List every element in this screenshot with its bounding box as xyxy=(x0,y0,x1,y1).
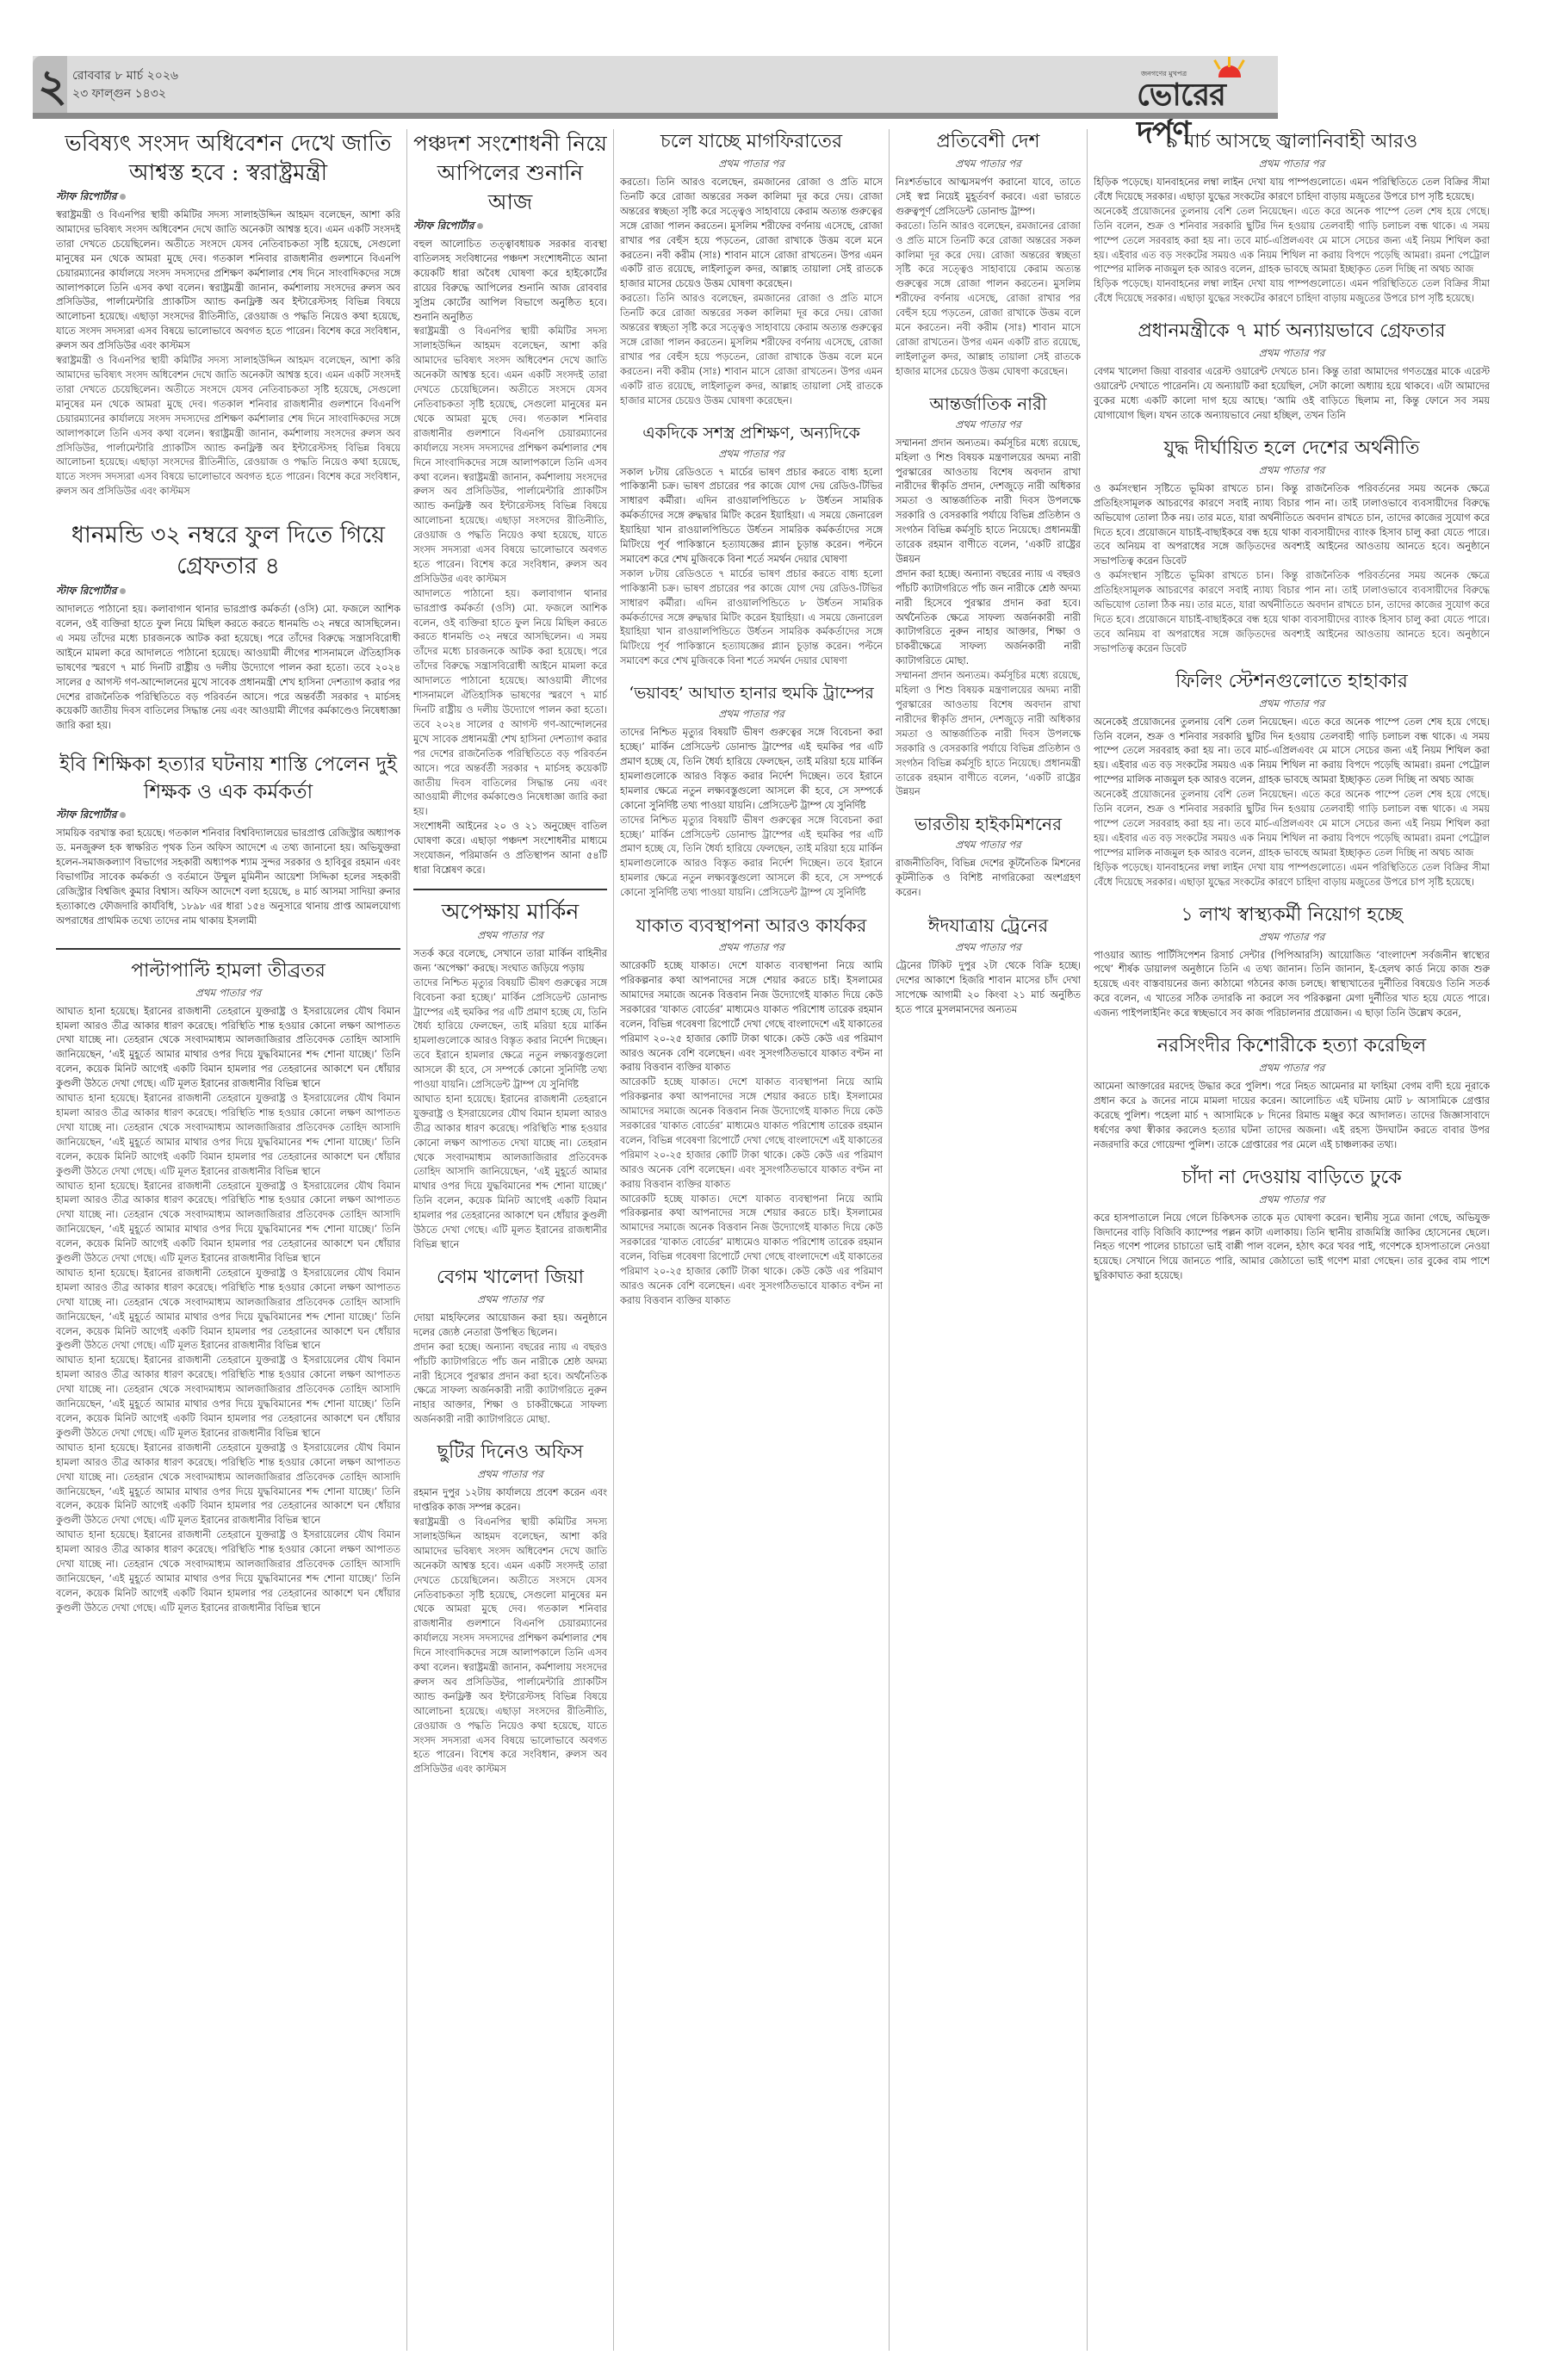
byline: স্টাফ রিপোর্টার xyxy=(56,584,400,601)
article-home-minister: ভবিষ্যৎ সংসদ অধিবেশন দেখে জাতি আশ্বস্ত হ… xyxy=(56,129,400,499)
continued-label: প্রথম পাতার পর xyxy=(620,707,883,724)
continued-label: প্রথম পাতার পর xyxy=(413,1467,607,1484)
byline-text: স্টাফ রিপোর্টার xyxy=(56,190,116,202)
headline: প্রতিবেশী দেশ xyxy=(896,129,1081,155)
headline: যুদ্ধ দীর্ঘায়িত হলে দেশের অর্থনীতি xyxy=(1094,436,1490,462)
article-health-workers: ১ লাখ স্বাস্থ্যকর্মী নিয়োগ হচ্ছে প্রথম … xyxy=(1094,902,1490,1022)
article-body: দোয়া মাহফিলের আয়োজন করা হয়। অনুষ্ঠানে… xyxy=(413,1311,607,1341)
article-body-continued: সম্মাননা প্রদান অন্যতম। কর্মসূচির মধ্যে … xyxy=(896,669,1081,800)
column-divider xyxy=(1087,129,1088,2351)
date-bangla: ২৩ ফাল্গুন ১৪৩২ xyxy=(72,85,178,103)
section-divider xyxy=(56,929,400,950)
byline-text: স্টাফ রিপোর্টার xyxy=(56,809,116,821)
continued-label: প্রথম পাতার পর xyxy=(620,940,883,958)
article-body: পাওয়ার অ্যান্ড পার্টিসিপেশন রিসার্চ সেন… xyxy=(1094,949,1490,1022)
headline: ৯ মার্চ আসছে জ্বালানিবাহী আরও xyxy=(1094,129,1490,155)
article-body: আঘাত হানা হয়েছে। ইরানের রাজধানী তেহরানে… xyxy=(56,1005,400,1092)
article-body-continued: আঘাত হানা হয়েছে। ইরানের রাজধানী তেহরানে… xyxy=(56,1441,400,1528)
article-body: রহমান দুপুর ১২টায় কার্যালয়ে প্রবেশ করে… xyxy=(413,1486,607,1515)
sun-ray-icon xyxy=(1213,59,1221,70)
column-4: প্রতিবেশী দেশ প্রথম পাতার পর নিঃশর্তভাবে… xyxy=(896,129,1081,2351)
article-body: করতো। তিনি আরও বলেছেন, রমজানের রোজা ও প্… xyxy=(620,176,883,292)
continued-label: প্রথম পাতার পর xyxy=(1094,930,1490,947)
article-body: স্বরাষ্ট্রমন্ত্রী ও বিএনপির স্থায়ী কমিট… xyxy=(56,208,400,354)
article-body-continued: আঘাত হানা হয়েছে। ইরানের রাজধানী তেহরানে… xyxy=(56,1092,400,1179)
masthead-rule xyxy=(33,113,1278,119)
continued-label: প্রথম পাতার পর xyxy=(896,838,1081,855)
article-indian-high-commission: ভারতীয় হাইকমিশনের প্রথম পাতার পর রাজনীত… xyxy=(896,812,1081,901)
article-body: সম্মাননা প্রদান অন্যতম। কর্মসূচির মধ্যে … xyxy=(896,437,1081,567)
byline-text: স্টাফ রিপোর্টার xyxy=(56,585,116,597)
continued-label: প্রথম পাতার পর xyxy=(896,157,1081,174)
article-international-women: আন্তর্জাতিক নারী প্রথম পাতার পর সম্মাননা… xyxy=(896,392,1081,801)
column-3: চলে যাচ্ছে মাগফিরাতের প্রথম পাতার পর করত… xyxy=(620,129,883,2351)
issue-dates: রোববার ৮ মার্চ ২০২৬ ২৩ ফাল্গুন ১৪৩২ xyxy=(72,67,178,103)
article-body: ও কর্মসংস্থান সৃষ্টিতে ভূমিকা রাখতে চান।… xyxy=(1094,482,1490,569)
headline: অপেক্ষায় মার্কিন xyxy=(413,897,607,927)
column-divider xyxy=(613,129,614,2351)
column-1: ভবিষ্যৎ সংসদ অধিবেশন দেখে জাতি আশ্বস্ত হ… xyxy=(56,129,400,2351)
continued-label: প্রথম পাতার পর xyxy=(413,1292,607,1310)
article-extortion: চাঁদা না দেওয়ায় বাড়িতে ঢুকে প্রথম পাত… xyxy=(1094,1165,1490,1285)
headline: চলে যাচ্ছে মাগফিরাতের xyxy=(620,129,883,155)
continued-label: প্রথম পাতার পর xyxy=(620,157,883,174)
article-body-continued: স্বরাষ্ট্রমন্ত্রী ও বিএনপির স্থায়ী কমিট… xyxy=(56,354,400,499)
article-body-continued: আরেকটি হচ্ছে যাকাত। দেশে যাকাত ব্যবস্থাপ… xyxy=(620,1193,883,1309)
article-iu-murder: ইবি শিক্ষিকা হত্যার ঘটনায় শাস্তি পেলেন … xyxy=(56,751,400,928)
article-body: করে হাসপাতালে নিয়ে গেলে চিকিৎসক তাকে মৃ… xyxy=(1094,1212,1490,1285)
article-body-continued: আঘাত হানা হয়েছে। ইরানের রাজধানী তেহরানে… xyxy=(56,1354,400,1441)
continued-label: প্রথম পাতার পর xyxy=(1094,1061,1490,1078)
article-body: সাময়িক বরখাস্ত করা হয়েছে। গতকাল শনিবার… xyxy=(56,827,400,928)
article-body: সকাল ৮টায় রেডিওতে ৭ মার্চের ভাষণ প্রচার… xyxy=(620,466,883,567)
article-dhanmondi: ধানমন্ডি ৩২ নম্বরে ফুল দিতে গিয়ে গ্রেফত… xyxy=(56,520,400,734)
article-body: নিঃশর্তভাবে আত্মসমর্পণ করানো যাবে, তাতে … xyxy=(896,176,1081,220)
article-armed-training: একদিকে সশস্ত্র প্রশিক্ষণ, অন্যদিকে প্রথম… xyxy=(620,421,883,670)
article-fifteenth-amendment: পঞ্চদশ সংশোধনী নিয়ে আপিলের শুনানি আজ স্… xyxy=(413,129,607,878)
article-body: ট্রেনের টিকিট দুপুর ২টা থেকে বিক্রি হচ্ছ… xyxy=(896,959,1081,1018)
article-body: আরেকটি হচ্ছে যাকাত। দেশে যাকাত ব্যবস্থাপ… xyxy=(620,959,883,1075)
date-gregorian: রোববার ৮ মার্চ ২০২৬ xyxy=(72,67,178,85)
article-eid-train: ঈদযাত্রায় ট্রেনের প্রথম পাতার পর ট্রেনে… xyxy=(896,913,1081,1018)
article-narsingdi: নরসিংদীর কিশোরীকে হত্যা করেছিল প্রথম পাত… xyxy=(1094,1033,1490,1153)
article-body-continued: স্বরাষ্ট্রমন্ত্রী ও বিএনপির স্থায়ী কমিট… xyxy=(413,325,607,586)
article-ending: সংশোধনী আইনের ২০ ও ২১ অনুচ্ছেদ বাতিল ঘোষ… xyxy=(413,820,607,878)
article-body-continued: সকাল ৮টায় রেডিওতে ৭ মার্চের ভাষণ প্রচার… xyxy=(620,567,883,669)
bullet-icon xyxy=(120,194,126,200)
article-counter-attack: পাল্টাপাল্টি হামলা তীব্রতর প্রথম পাতার প… xyxy=(56,958,400,1616)
article-trump-threat: ‘ভয়াবহ’ আঘাত হানার হুমকি ট্রাম্পের প্রথ… xyxy=(620,681,883,901)
continued-label: প্রথম পাতার পর xyxy=(1094,1193,1490,1210)
headline: আন্তর্জাতিক নারী xyxy=(896,392,1081,416)
headline: একদিকে সশস্ত্র প্রশিক্ষণ, অন্যদিকে xyxy=(620,421,883,445)
continued-label: প্রথম পাতার পর xyxy=(1094,157,1490,174)
article-khaleda-zia: বেগম খালেদা জিয়া প্রথম পাতার পর দোয়া ম… xyxy=(413,1265,607,1428)
sun-ray-icon xyxy=(1237,59,1245,70)
article-pm-arrest: প্রধানমন্ত্রীকে ৭ মার্চ অন্যায়ভাবে গ্রে… xyxy=(1094,319,1490,424)
article-body: বেগম খালেদা জিয়া বারবার এরেস্ট ওয়ারেন্… xyxy=(1094,365,1490,424)
article-body: রাজনীতিবিদ, বিভিন্ন দেশের কূটনৈতিক মিশনে… xyxy=(896,857,1081,901)
article-body-continued: আদালতে পাঠানো হয়। কলাবাগান থানার ভারপ্র… xyxy=(413,587,607,821)
article-body-continued: অনেকেই প্রয়োজনের তুলনায় বেশি তেল নিয়ে… xyxy=(1094,788,1490,861)
article-body-continued: করতো। তিনি আরও বলেছেন, রমজানের রোজা ও প্… xyxy=(896,220,1081,380)
headline: ধানমন্ডি ৩২ নম্বরে ফুল দিতে গিয়ে গ্রেফত… xyxy=(56,520,400,582)
headline: ‘ভয়াবহ’ আঘাত হানার হুমকি ট্রাম্পের xyxy=(620,681,883,705)
continued-label: প্রথম পাতার পর xyxy=(620,447,883,464)
newspaper-logo: জনগণের মুখপত্র ভোরের দর্পণ xyxy=(1042,59,1266,112)
sun-ray-icon xyxy=(1228,57,1231,67)
article-office-holiday: ছুটির দিনেও অফিস প্রথম পাতার পর রহমান দু… xyxy=(413,1440,607,1777)
byline: স্টাফ রিপোর্টার xyxy=(413,219,607,236)
continued-label: প্রথম পাতার পর xyxy=(1094,346,1490,363)
article-body-continued: তাদের নিশ্চিত মৃত্যুর বিষয়টি ভীষণ গুরুত… xyxy=(620,814,883,901)
article-body-continued: স্বরাষ্ট্রমন্ত্রী ও বিএনপির স্থায়ী কমিট… xyxy=(413,1515,607,1777)
column-5: ৯ মার্চ আসছে জ্বালানিবাহী আরও প্রথম পাতা… xyxy=(1094,129,1490,2351)
column-divider xyxy=(889,129,890,2351)
headline: ভবিষ্যৎ সংসদ অধিবেশন দেখে জাতি আশ্বস্ত হ… xyxy=(56,129,400,188)
headline: ১ লাখ স্বাস্থ্যকর্মী নিয়োগ হচ্ছে xyxy=(1094,902,1490,928)
article-body: আমেনা আক্তারের মরদেহ উদ্ধার করে পুলিশ। প… xyxy=(1094,1080,1490,1153)
article-body-continued: ও কর্মসংস্থান সৃষ্টিতে ভূমিকা রাখতে চান।… xyxy=(1094,569,1490,656)
article-zakat: যাকাত ব্যবস্থাপনা আরও কার্যকর প্রথম পাতা… xyxy=(620,913,883,1309)
headline: ছুটির দিনেও অফিস xyxy=(413,1440,607,1466)
byline-text: স্টাফ রিপোর্টার xyxy=(413,220,474,232)
article-body-continued: হিড়িক পড়েছে। যানবাহনের লম্বা লাইন দেখা… xyxy=(1094,861,1490,890)
headline: ইবি শিক্ষিকা হত্যার ঘটনায় শাস্তি পেলেন … xyxy=(56,751,400,806)
headline: চাঁদা না দেওয়ায় বাড়িতে ঢুকে xyxy=(1094,1165,1490,1191)
article-neighbour-country: প্রতিবেশী দেশ প্রথম পাতার পর নিঃশর্তভাবে… xyxy=(896,129,1081,380)
headline: প্রধানমন্ত্রীকে ৭ মার্চ অন্যায়ভাবে গ্রে… xyxy=(1094,319,1490,344)
continued-label: প্রথম পাতার পর xyxy=(56,986,400,1003)
headline: নরসিংদীর কিশোরীকে হত্যা করেছিল xyxy=(1094,1033,1490,1059)
article-body-continued: আরেকটি হচ্ছে যাকাত। দেশে যাকাত ব্যবস্থাপ… xyxy=(620,1075,883,1192)
continued-label: প্রথম পাতার পর xyxy=(896,418,1081,435)
article-body-continued: আঘাত হানা হয়েছে। ইরানের রাজধানী তেহরানে… xyxy=(56,1267,400,1354)
article-body: বহুল আলোচিত তত্ত্বাবধায়ক সরকার ব্যবস্থা… xyxy=(413,238,607,325)
article-maghfirat: চলে যাচ্ছে মাগফিরাতের প্রথম পাতার পর করত… xyxy=(620,129,883,409)
article-body: হিড়িক পড়েছে। যানবাহনের লম্বা লাইন দেখা… xyxy=(1094,176,1490,205)
article-body-continued: অনেকেই প্রয়োজনের তুলনায় বেশি তেল নিয়ে… xyxy=(1094,205,1490,278)
section-divider xyxy=(413,878,607,890)
bullet-icon xyxy=(477,223,483,229)
headline: ঈদযাত্রায় ট্রেনের xyxy=(896,913,1081,939)
article-body: আদালতে পাঠানো হয়। কলাবাগান থানার ভারপ্র… xyxy=(56,603,400,734)
byline: স্টাফ রিপোর্টার xyxy=(56,808,400,825)
article-body: অনেকেই প্রয়োজনের তুলনায় বেশি তেল নিয়ে… xyxy=(1094,716,1490,789)
headline: ভারতীয় হাইকমিশনের xyxy=(896,812,1081,836)
article-fuel-ship: ৯ মার্চ আসছে জ্বালানিবাহী আরও প্রথম পাতা… xyxy=(1094,129,1490,307)
continued-label: প্রথম পাতার পর xyxy=(1094,697,1490,714)
column-divider xyxy=(406,129,407,2351)
article-body-continued: আঘাত হানা হয়েছে। ইরানের রাজধানী তেহরানে… xyxy=(56,1528,400,1615)
article-body-continued: প্রদান করা হচ্ছে। অন্যান্য বছরের ন্যায় … xyxy=(413,1341,607,1428)
headline: ফিলিং স্টেশনগুলোতে হাহাকার xyxy=(1094,669,1490,695)
article-body-continued: আঘাত হানা হয়েছে। ইরানের রাজধানী তেহরানে… xyxy=(413,1093,607,1253)
column-2: পঞ্চদশ সংশোধনী নিয়ে আপিলের শুনানি আজ স্… xyxy=(413,129,607,2351)
article-body-continued: হিড়িক পড়েছে। যানবাহনের লম্বা লাইন দেখা… xyxy=(1094,277,1490,307)
continued-label: প্রথম পাতার পর xyxy=(896,940,1081,958)
bullet-icon xyxy=(120,588,126,594)
article-body-continued: প্রদান করা হচ্ছে। অন্যান্য বছরের ন্যায় … xyxy=(896,567,1081,669)
article-body: তাদের নিশ্চিত মৃত্যুর বিষয়টি ভীষণ গুরুত… xyxy=(620,726,883,813)
article-filling-station: ফিলিং স্টেশনগুলোতে হাহাকার প্রথম পাতার প… xyxy=(1094,669,1490,890)
article-body-continued: করতো। তিনি আরও বলেছেন, রমজানের রোজা ও প্… xyxy=(620,292,883,408)
bullet-icon xyxy=(120,812,126,818)
article-body-continued: আঘাত হানা হয়েছে। ইরানের রাজধানী তেহরানে… xyxy=(56,1180,400,1267)
headline: যাকাত ব্যবস্থাপনা আরও কার্যকর xyxy=(620,913,883,939)
headline: বেগম খালেদা জিয়া xyxy=(413,1265,607,1291)
byline: স্টাফ রিপোর্টার xyxy=(56,189,400,207)
continued-label: প্রথম পাতার পর xyxy=(1094,463,1490,480)
article-waiting-us: অপেক্ষায় মার্কিন প্রথম পাতার পর সতর্ক ক… xyxy=(413,897,607,1253)
article-body-continued: তাদের নিশ্চিত মৃত্যুর বিষয়টি ভীষণ গুরুত… xyxy=(413,976,607,1093)
continued-label: প্রথম পাতার পর xyxy=(413,928,607,945)
headline: পাল্টাপাল্টি হামলা তীব্রতর xyxy=(56,958,400,984)
headline: পঞ্চদশ সংশোধনী নিয়ে আপিলের শুনানি আজ xyxy=(413,129,607,217)
article-body: সতর্ক করে বলেছে, সেখানে তারা মার্কিন বাহ… xyxy=(413,947,607,976)
page-number: ২ xyxy=(38,60,67,112)
article-war-economy: যুদ্ধ দীর্ঘায়িত হলে দেশের অর্থনীতি প্রথ… xyxy=(1094,436,1490,657)
